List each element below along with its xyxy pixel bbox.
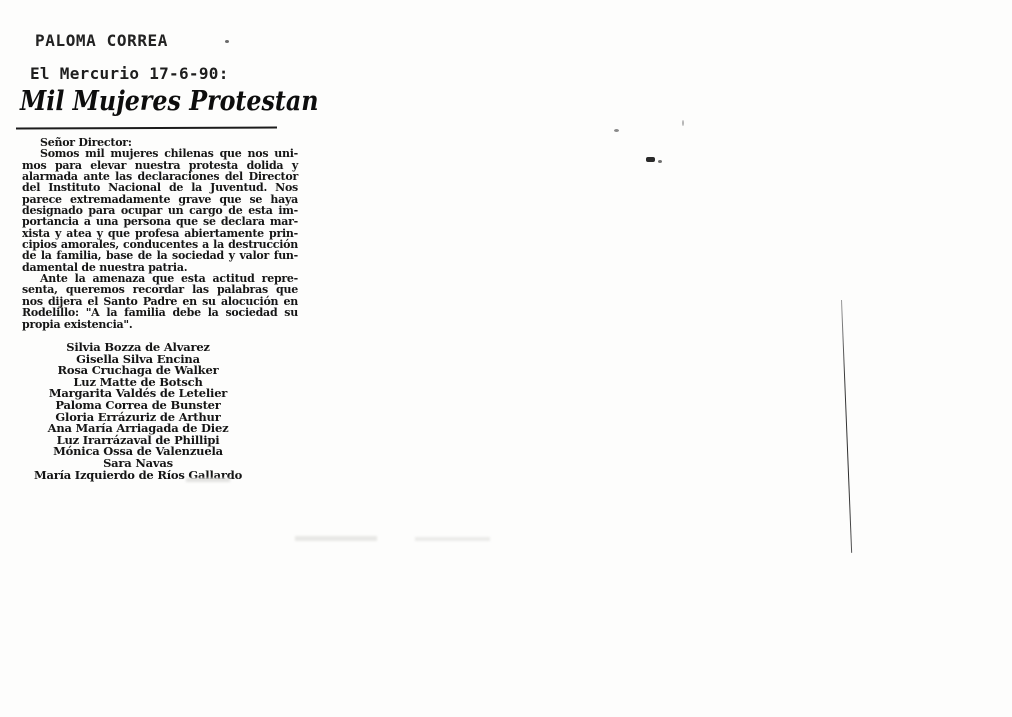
scan-fold-line (841, 300, 853, 553)
paragraph-1: Somos mil mujeres chilenas que nos uni- … (22, 148, 298, 273)
source-citation: El Mercurio 17-6-90: (30, 64, 229, 83)
scan-smudge (415, 537, 490, 541)
paragraph-2: Ante la amenaza que esta actitud repre- … (22, 273, 298, 330)
signatories-list: Silvia Bozza de Alvarez Gisella Silva En… (22, 342, 254, 481)
letter-body: Señor Director: Somos mil mujeres chilen… (22, 137, 298, 330)
body-text-line: propia existencia". (22, 319, 298, 330)
headline: Mil Mujeres Protestan (20, 86, 319, 117)
scan-smudge (186, 478, 230, 482)
body-text-line: Rodelillo: "A la familia debe la socieda… (22, 307, 298, 318)
scan-speck (614, 129, 619, 132)
scan-speck (658, 160, 662, 163)
annotator-name: PALOMA CORREA (35, 31, 168, 50)
scan-speck (225, 40, 229, 43)
scanned-page: PALOMA CORREA El Mercurio 17-6-90: Mil M… (0, 0, 1012, 717)
scan-speck (646, 157, 655, 162)
scan-speck (682, 120, 684, 126)
newspaper-clipping: PALOMA CORREA El Mercurio 17-6-90: Mil M… (0, 0, 320, 500)
scan-smudge (295, 536, 377, 541)
headline-rule (16, 127, 277, 130)
body-text-line: Somos mil mujeres chilenas que nos uni- (22, 148, 298, 159)
